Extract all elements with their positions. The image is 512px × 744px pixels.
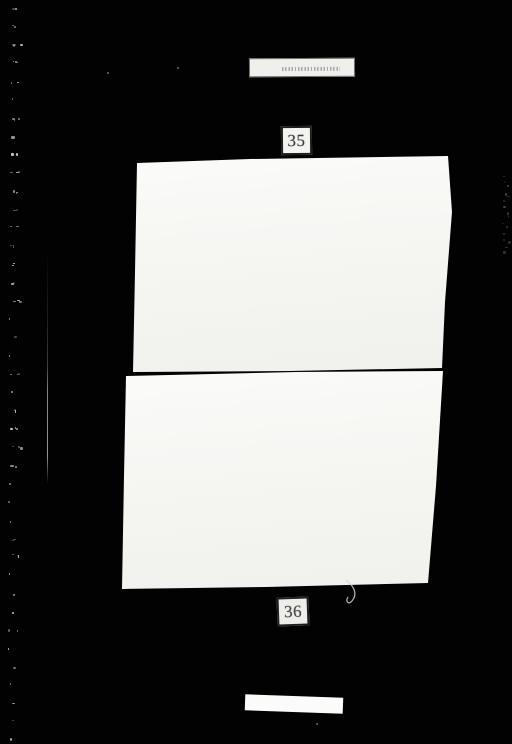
- caption-illegible-text: [282, 67, 340, 71]
- manuscript-page-36: [116, 366, 448, 596]
- page-number-tag-35: 35: [281, 126, 312, 155]
- film-scratch-line: [47, 248, 48, 484]
- paper-36: [116, 366, 448, 596]
- bottom-caption-strip: [245, 694, 343, 713]
- page-number-35: 35: [287, 130, 305, 150]
- page-number-tag-36: 36: [277, 596, 310, 626]
- manuscript-page-35: [130, 152, 462, 374]
- top-caption-strip: [249, 58, 355, 78]
- microfilm-frame: 35 36: [0, 0, 512, 744]
- paper-35: [130, 152, 462, 374]
- page-number-36: 36: [284, 601, 303, 622]
